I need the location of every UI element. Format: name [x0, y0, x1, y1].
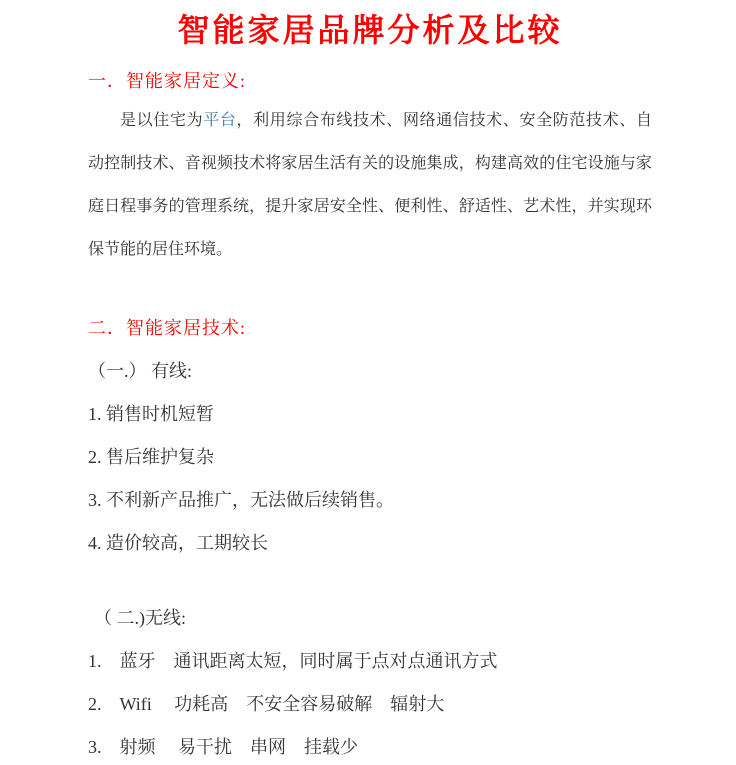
paragraph-line-1: 是以住宅为平台，利用综合布线技术、网络通信技术、安全防范技术、自 — [88, 99, 652, 142]
paragraph-text-post-link: ，利用综合布线技术、网络通信技术、安全防范技术、自 — [237, 112, 652, 129]
wired-item-1: 1. 销售时机短暂 — [88, 393, 652, 436]
document-page: 智能家居品牌分析及比较 一．智能家居定义: 是以住宅为平台，利用综合布线技术、网… — [0, 0, 736, 765]
wireless-item-1: 1. 蓝牙 通讯距离太短，同时属于点对点通讯方式 — [88, 640, 652, 683]
paragraph-line-3: 庭日程事务的管理系统，提升家居安全性、便利性、舒适性、艺术性，并实现环 — [88, 185, 652, 228]
section2-heading: 二．智能家居技术: — [88, 307, 652, 350]
wired-item-4: 4. 造价较高，工期较长 — [88, 522, 652, 565]
paragraph-line-4: 保节能的居住环境。 — [88, 228, 652, 271]
definition-paragraph: 是以住宅为平台，利用综合布线技术、网络通信技术、安全防范技术、自 动控制技术、音… — [88, 99, 652, 271]
wireless-item-3: 3. 射频 易干扰 串网 挂载少 — [88, 726, 652, 765]
wired-subheading: （一.） 有线: — [88, 350, 652, 393]
wireless-item-2: 2. Wifi 功耗高 不安全容易破解 辐射大 — [88, 683, 652, 726]
document-title: 智能家居品牌分析及比较 — [68, 8, 672, 52]
platform-hyperlink[interactable]: 平台 — [203, 112, 236, 129]
wired-item-2: 2. 售后维护复杂 — [88, 436, 652, 479]
section1-heading: 一．智能家居定义: — [88, 68, 652, 94]
paragraph-text-pre-link: 是以住宅为 — [120, 112, 203, 129]
wired-item-3: 3. 不利新产品推广，无法做后续销售。 — [88, 479, 652, 522]
wireless-subheading: （ 二.)无线: — [88, 597, 652, 640]
paragraph-line-2: 动控制技术、音视频技术将家居生活有关的设施集成，构建高效的住宅设施与家 — [88, 142, 652, 185]
